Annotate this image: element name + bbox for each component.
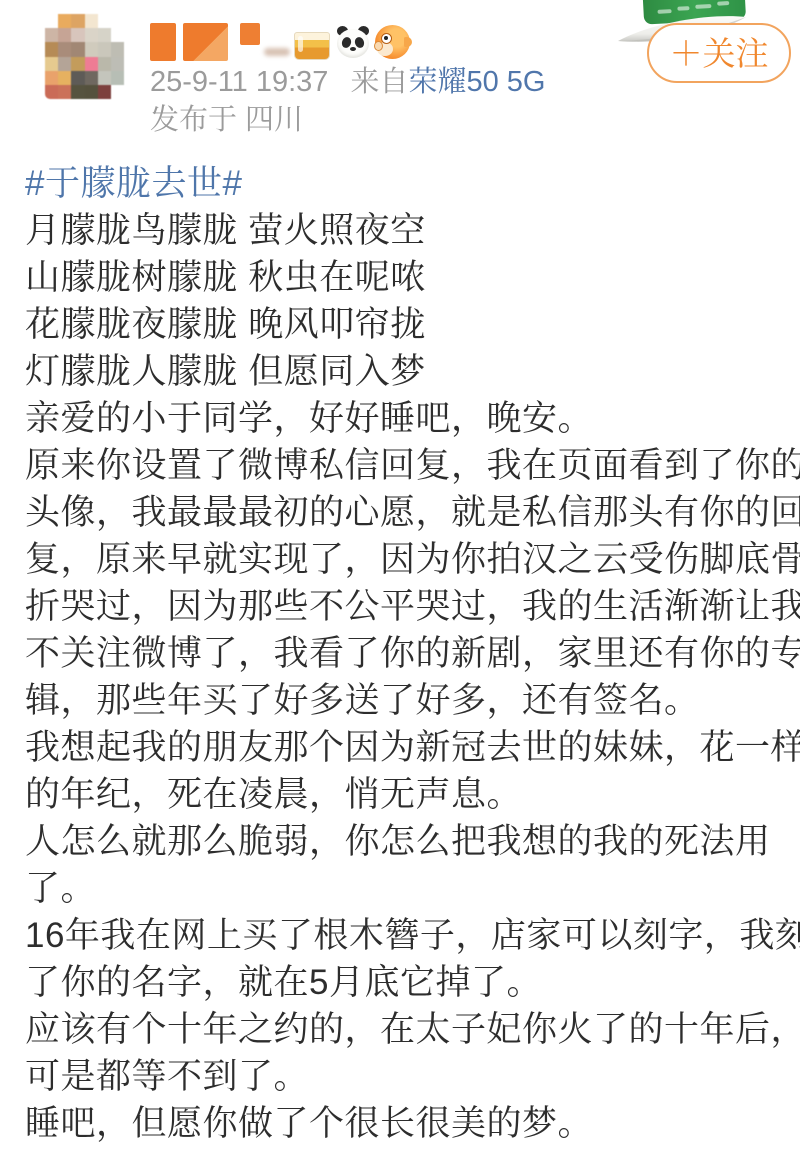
avatar-pixel	[45, 42, 58, 56]
post-text-line: 山朦胧树朦胧 秋虫在呢哝	[25, 254, 791, 301]
avatar-pixel	[58, 28, 71, 42]
source-prefix: 来自	[350, 66, 408, 98]
avatar-pixel	[98, 14, 111, 28]
post-text-line: 复，原来早就实现了，因为你拍汉之云受伤脚底骨	[25, 536, 791, 583]
avatar[interactable]	[45, 14, 124, 99]
censor-block	[150, 23, 176, 61]
post-text-line: 花朦胧夜朦胧 晚风叩帘拢	[25, 301, 791, 348]
post-text-line: 头像，我最最最初的心愿，就是私信那头有你的回	[25, 489, 791, 536]
avatar-pixel	[45, 28, 58, 42]
source-device-link[interactable]: 荣耀50 5G	[408, 66, 545, 98]
post-text-line: 亲爱的小于同学，好好睡吧，晚安。	[25, 395, 791, 442]
avatar-pixel	[111, 42, 124, 56]
censor-smudge	[264, 48, 290, 56]
post-text-line: 的年纪，死在凌晨，悄无声息。	[25, 771, 791, 818]
post-timestamp: 25-9-11 19:37	[150, 66, 328, 98]
avatar-pixel	[71, 28, 84, 42]
avatar-pixel	[98, 57, 111, 71]
avatar-pixel	[58, 71, 71, 85]
avatar-pixel	[111, 28, 124, 42]
avatar-pixel	[85, 71, 98, 85]
avatar-pixel	[111, 14, 124, 28]
avatar-pixel	[85, 28, 98, 42]
avatar-pixel	[45, 71, 58, 85]
censor-block	[240, 23, 260, 45]
post-text-line: 可是都等不到了。	[25, 1053, 791, 1100]
hashtag-link[interactable]: #于朦胧去世#	[25, 160, 791, 207]
avatar-pixel	[45, 85, 58, 99]
avatar-pixel	[45, 14, 58, 28]
avatar-pixel	[111, 71, 124, 85]
censor-block	[183, 23, 228, 61]
avatar-pixel	[71, 85, 84, 99]
avatar-pixel	[58, 85, 71, 99]
avatar-pixel	[45, 57, 58, 71]
panda-emoji-icon	[336, 26, 370, 58]
avatar-pixel	[98, 71, 111, 85]
avatar-pixel	[85, 85, 98, 99]
whiskey-glass-emoji-icon	[294, 30, 330, 60]
avatar-pixel	[98, 42, 111, 56]
avatar-pixel	[71, 42, 84, 56]
avatar-pixel	[85, 14, 98, 28]
post-text-line: 灯朦胧人朦胧 但愿同入梦	[25, 348, 791, 395]
post-header: 25-9-11 19:37来自荣耀50 5G 发布于 四川	[0, 0, 800, 150]
follow-button[interactable]: ＋关注	[647, 23, 791, 83]
avatar-pixel	[98, 28, 111, 42]
avatar-pixel	[58, 42, 71, 56]
post-location: 发布于 四川	[150, 97, 303, 138]
avatar-pixel	[111, 57, 124, 71]
post-text-line: 人怎么就那么脆弱，你怎么把我想的我的死法用	[25, 818, 791, 865]
username-censored[interactable]	[150, 20, 410, 64]
avatar-pixel	[85, 57, 98, 71]
avatar-pixel	[71, 57, 84, 71]
post-meta: 25-9-11 19:37来自荣耀50 5G	[150, 59, 545, 100]
post-text-line: 睡吧，但愿你做了个很长很美的梦。	[25, 1100, 791, 1147]
post-text-line: 了。	[25, 865, 791, 912]
post-text-line: 月朦胧鸟朦胧 萤火照夜空	[25, 207, 791, 254]
post-text-line: 折哭过，因为那些不公平哭过，我的生活渐渐让我	[25, 583, 791, 630]
avatar-pixel	[71, 14, 84, 28]
post-text-line: 我想起我的朋友那个因为新冠去世的妹妹，花一样	[25, 724, 791, 771]
post-text-line: 不关注微博了，我看了你的新剧，家里还有你的专	[25, 630, 791, 677]
post-text-line: 应该有个十年之约的，在太子妃你火了的十年后，	[25, 1006, 791, 1053]
avatar-pixel	[85, 42, 98, 56]
post-text-line: 辑，那些年买了好多送了好多，还有签名。	[25, 677, 791, 724]
post-body: #于朦胧去世# 月朦胧鸟朦胧 萤火照夜空山朦胧树朦胧 秋虫在呢哝花朦胧夜朦胧 晚…	[25, 160, 791, 1147]
blowfish-emoji-icon	[375, 25, 410, 59]
avatar-pixel	[111, 85, 124, 99]
post-text-line: 原来你设置了微博私信回复，我在页面看到了你的	[25, 442, 791, 489]
avatar-pixel	[58, 14, 71, 28]
post-text-line: 了你的名字，就在5月底它掉了。	[25, 959, 791, 1006]
avatar-pixel	[71, 71, 84, 85]
post-text-lines: 月朦胧鸟朦胧 萤火照夜空山朦胧树朦胧 秋虫在呢哝花朦胧夜朦胧 晚风叩帘拢灯朦胧人…	[25, 207, 791, 1147]
post-text-line: 16年我在网上买了根木簪子，店家可以刻字，我刻	[25, 912, 791, 959]
avatar-pixel	[58, 57, 71, 71]
avatar-pixel	[98, 85, 111, 99]
